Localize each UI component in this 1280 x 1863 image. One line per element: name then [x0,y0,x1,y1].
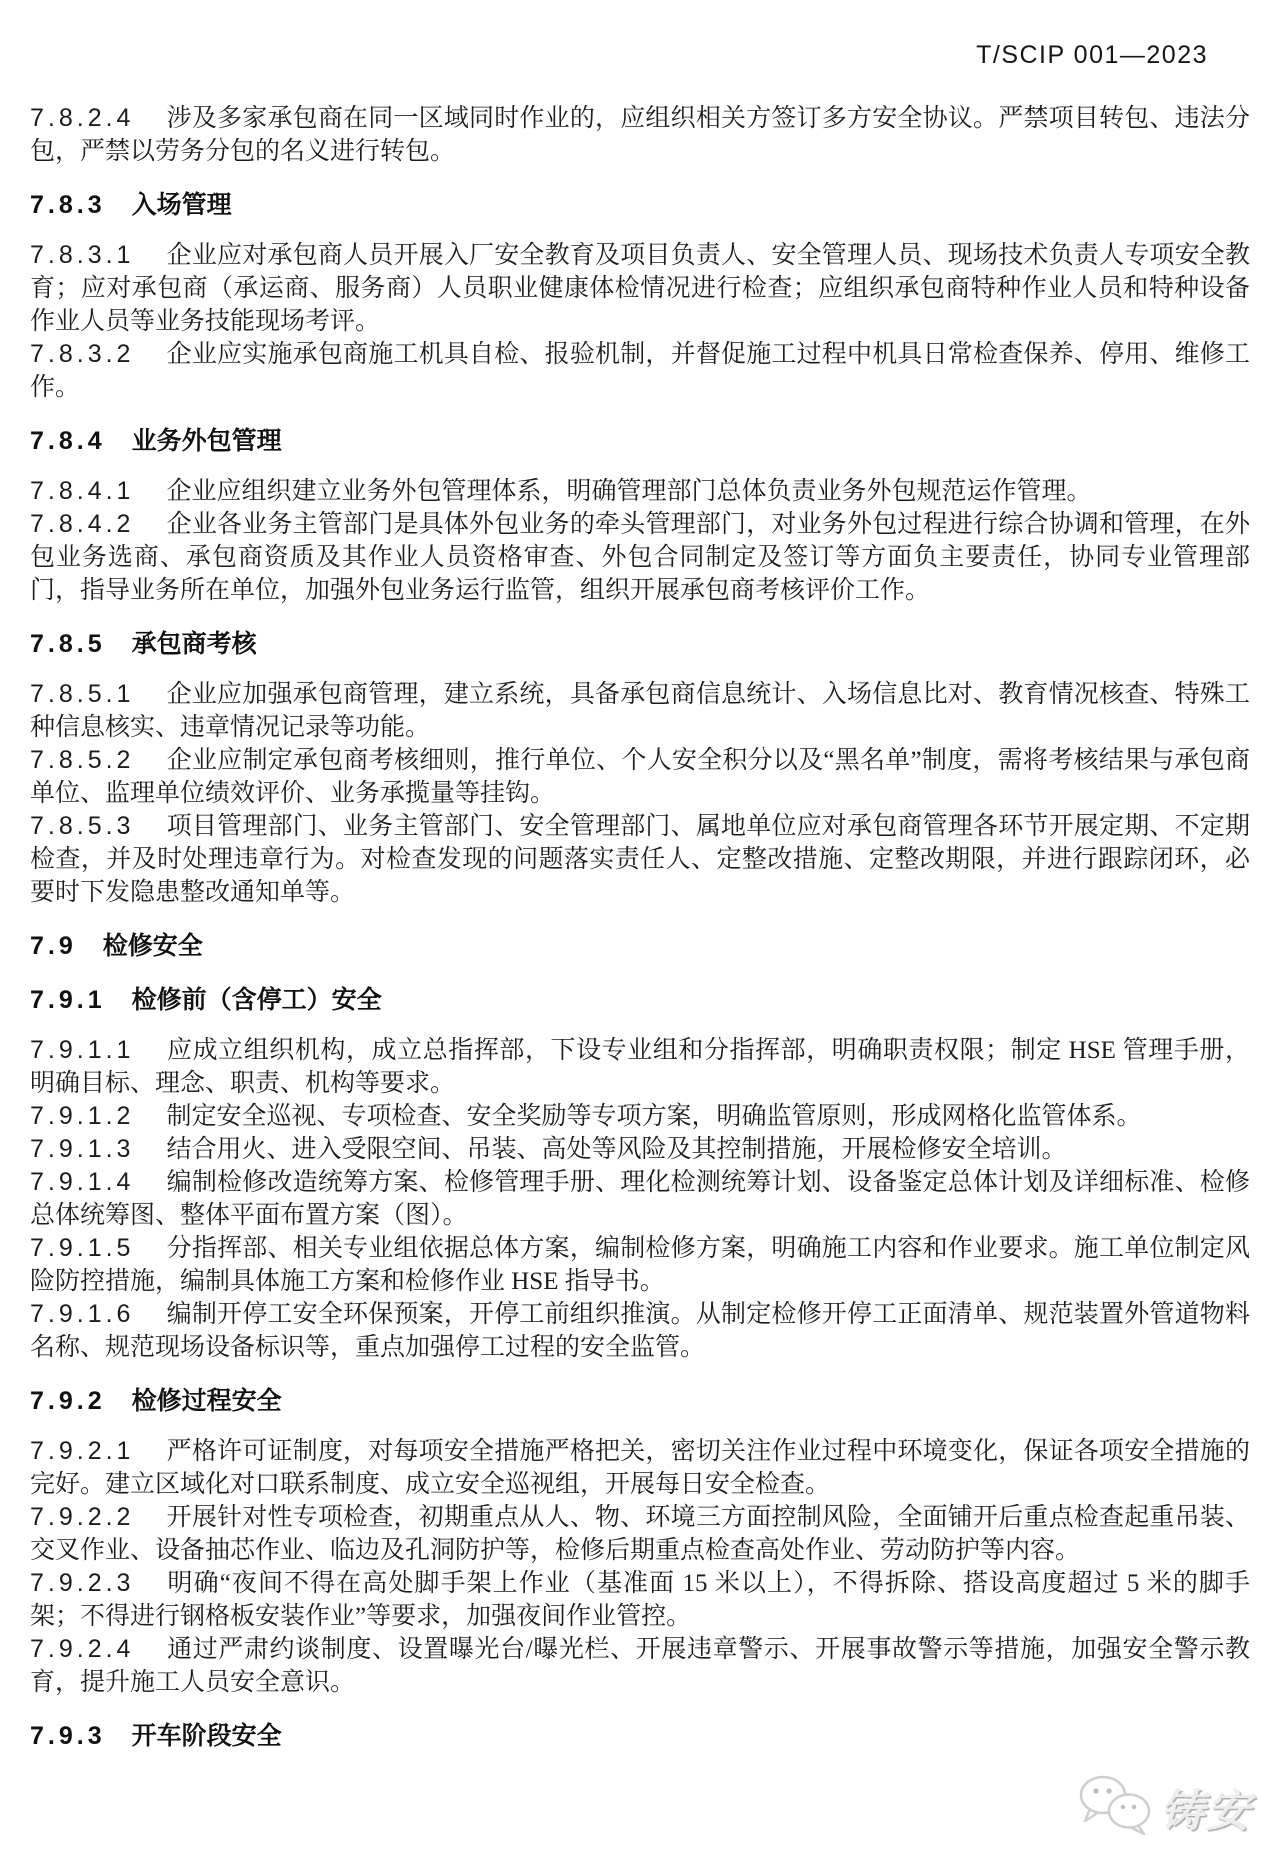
clause-number: 7.8.4.2 [30,510,166,538]
clause-number: 7.8.4.1 [30,477,166,505]
section-heading-7.9.3: 7.9.3开车阶段安全 [30,1720,1250,1753]
clause-7.9.1.5: 7.9.1.5分指挥部、相关专业组依据总体方案，编制检修方案，明确施工内容和作业… [30,1232,1250,1298]
clause-7.8.5.2: 7.8.5.2企业应制定承包商考核细则，推行单位、个人安全积分以及“黑名单”制度… [30,744,1250,810]
section-title: 检修过程安全 [132,1387,282,1415]
clause-text: 应成立组织机构，成立总指挥部，下设专业组和分指挥部，明确职责权限；制定 HSE … [30,1037,1250,1097]
clause-text: 编制开停工安全环保预案，开停工前组织推演。从制定检修开停工正面清单、规范装置外管… [30,1301,1250,1361]
section-title: 检修前（含停工）安全 [132,986,382,1014]
watermark-text: 铸安 [1160,1775,1252,1839]
watermark: 铸安 [1076,1772,1252,1841]
clause-number: 7.9 [30,932,103,960]
section-title: 业务外包管理 [132,427,282,455]
clause-text: 项目管理部门、业务主管部门、安全管理部门、属地单位应对承包商管理各环节开展定期、… [30,813,1250,906]
clause-number: 7.9.1.4 [30,1168,166,1196]
clause-7.8.5.3: 7.8.5.3项目管理部门、业务主管部门、安全管理部门、属地单位应对承包商管理各… [30,810,1250,909]
clause-7.8.3.1: 7.8.3.1企业应对承包商人员开展入厂安全教育及项目负责人、安全管理人员、现场… [30,239,1250,338]
clause-text: 通过严肃约谈制度、设置曝光台/曝光栏、开展违章警示、开展事故警示等措施，加强安全… [30,1636,1250,1696]
clause-7.9.2.1: 7.9.2.1严格许可证制度，对每项安全措施严格把关，密切关注作业过程中环境变化… [30,1435,1250,1501]
clause-text: 制定安全巡视、专项检查、安全奖励等专项方案，明确监管原则，形成网格化监管体系。 [166,1103,1141,1130]
clause-text: 企业应组织建立业务外包管理体系，明确管理部门总体负责业务外包规范运作管理。 [166,478,1091,505]
clause-text: 涉及多家承包商在同一区域同时作业的，应组织相关方签订多方安全协议。严禁项目转包、… [30,105,1250,165]
clause-number: 7.8.5.2 [30,746,166,774]
clause-number: 7.8.3.1 [30,241,166,269]
section-title: 承包商考核 [132,630,257,658]
wechat-icon [1076,1772,1156,1841]
clause-7.8.2.4: 7.8.2.4涉及多家承包商在同一区域同时作业的，应组织相关方签订多方安全协议。… [30,102,1250,168]
section-heading-7.8.5: 7.8.5承包商考核 [30,628,1250,661]
section-heading-7.9.2: 7.9.2检修过程安全 [30,1385,1250,1418]
clause-text: 明确“夜间不得在高处脚手架上作业（基准面 15 米以上），不得拆除、搭设高度超过… [30,1570,1250,1630]
clause-7.8.4.2: 7.8.4.2企业各业务主管部门是具体外包业务的牵头管理部门，对业务外包过程进行… [30,508,1250,607]
standard-number-header: T/SCIP 001—2023 [30,40,1250,70]
clause-7.9.1.2: 7.9.1.2制定安全巡视、专项检查、安全奖励等专项方案，明确监管原则，形成网格… [30,1100,1250,1133]
clause-7.9.1.4: 7.9.1.4编制检修改造统筹方案、检修管理手册、理化检测统筹计划、设备鉴定总体… [30,1166,1250,1232]
clause-number: 7.8.5.1 [30,680,166,708]
section-title: 检修安全 [103,932,203,960]
clause-text: 分指挥部、相关专业组依据总体方案，编制检修方案，明确施工内容和作业要求。施工单位… [30,1235,1250,1295]
clause-text: 企业应加强承包商管理，建立系统，具备承包商信息统计、入场信息比对、教育情况核查、… [30,681,1250,741]
clause-number: 7.9.2.1 [30,1437,166,1465]
clause-number: 7.9.1.6 [30,1300,166,1328]
clause-7.8.3.2: 7.8.3.2企业应实施承包商施工机具自检、报验机制，并督促施工过程中机具日常检… [30,338,1250,404]
clause-7.9.1.1: 7.9.1.1应成立组织机构，成立总指挥部，下设专业组和分指挥部，明确职责权限；… [30,1034,1250,1100]
clause-text: 开展针对性专项检查，初期重点从人、物、环境三方面控制风险，全面铺开后重点检查起重… [30,1504,1250,1564]
clause-number: 7.9.2.4 [30,1635,166,1663]
section-title: 入场管理 [132,191,232,219]
document-page: T/SCIP 001—2023 7.8.2.4涉及多家承包商在同一区域同时作业的… [0,0,1280,1753]
clause-text: 编制检修改造统筹方案、检修管理手册、理化检测统筹计划、设备鉴定总体计划及详细标准… [30,1169,1250,1229]
clause-number: 7.8.4 [30,427,132,455]
document-body: 7.8.2.4涉及多家承包商在同一区域同时作业的，应组织相关方签订多方安全协议。… [30,102,1250,1753]
clause-number: 7.8.2.4 [30,104,166,132]
clause-number: 7.8.5 [30,630,132,658]
section-heading-7.8.4: 7.8.4业务外包管理 [30,425,1250,458]
clause-text: 企业各业务主管部门是具体外包业务的牵头管理部门，对业务外包过程进行综合协调和管理… [30,511,1250,604]
clause-number: 7.9.1.2 [30,1102,166,1130]
clause-7.9.2.2: 7.9.2.2开展针对性专项检查，初期重点从人、物、环境三方面控制风险，全面铺开… [30,1501,1250,1567]
clause-number: 7.8.3.2 [30,340,166,368]
clause-7.9.2.3: 7.9.2.3明确“夜间不得在高处脚手架上作业（基准面 15 米以上），不得拆除… [30,1567,1250,1633]
section-title: 开车阶段安全 [132,1722,282,1750]
clause-text: 结合用火、进入受限空间、吊装、高处等风险及其控制措施，开展检修安全培训。 [166,1136,1066,1163]
section-heading-7.9.1: 7.9.1检修前（含停工）安全 [30,984,1250,1017]
clause-7.8.5.1: 7.8.5.1企业应加强承包商管理，建立系统，具备承包商信息统计、入场信息比对、… [30,678,1250,744]
clause-text: 企业应对承包商人员开展入厂安全教育及项目负责人、安全管理人员、现场技术负责人专项… [30,242,1250,335]
clause-number: 7.9.3 [30,1722,132,1750]
clause-number: 7.9.2 [30,1387,132,1415]
clause-7.9.2.4: 7.9.2.4通过严肃约谈制度、设置曝光台/曝光栏、开展违章警示、开展事故警示等… [30,1633,1250,1699]
clause-number: 7.9.2.2 [30,1503,166,1531]
clause-number: 7.8.3 [30,191,132,219]
clause-text: 企业应制定承包商考核细则，推行单位、个人安全积分以及“黑名单”制度，需将考核结果… [30,747,1250,807]
clause-7.8.4.1: 7.8.4.1企业应组织建立业务外包管理体系，明确管理部门总体负责业务外包规范运… [30,475,1250,508]
clause-text: 严格许可证制度，对每项安全措施严格把关，密切关注作业过程中环境变化，保证各项安全… [30,1438,1250,1498]
clause-7.9.1.6: 7.9.1.6编制开停工安全环保预案，开停工前组织推演。从制定检修开停工正面清单… [30,1298,1250,1364]
clause-number: 7.9.1.5 [30,1234,166,1262]
clause-number: 7.8.5.3 [30,812,166,840]
clause-text: 企业应实施承包商施工机具自检、报验机制，并督促施工过程中机具日常检查保养、停用、… [30,341,1250,401]
clause-number: 7.9.1.3 [30,1135,166,1163]
clause-7.9.1.3: 7.9.1.3结合用火、进入受限空间、吊装、高处等风险及其控制措施，开展检修安全… [30,1133,1250,1166]
section-heading-7.9: 7.9检修安全 [30,930,1250,963]
clause-number: 7.9.2.3 [30,1569,166,1597]
clause-number: 7.9.1 [30,986,132,1014]
clause-number: 7.9.1.1 [30,1036,166,1064]
section-heading-7.8.3: 7.8.3入场管理 [30,189,1250,222]
